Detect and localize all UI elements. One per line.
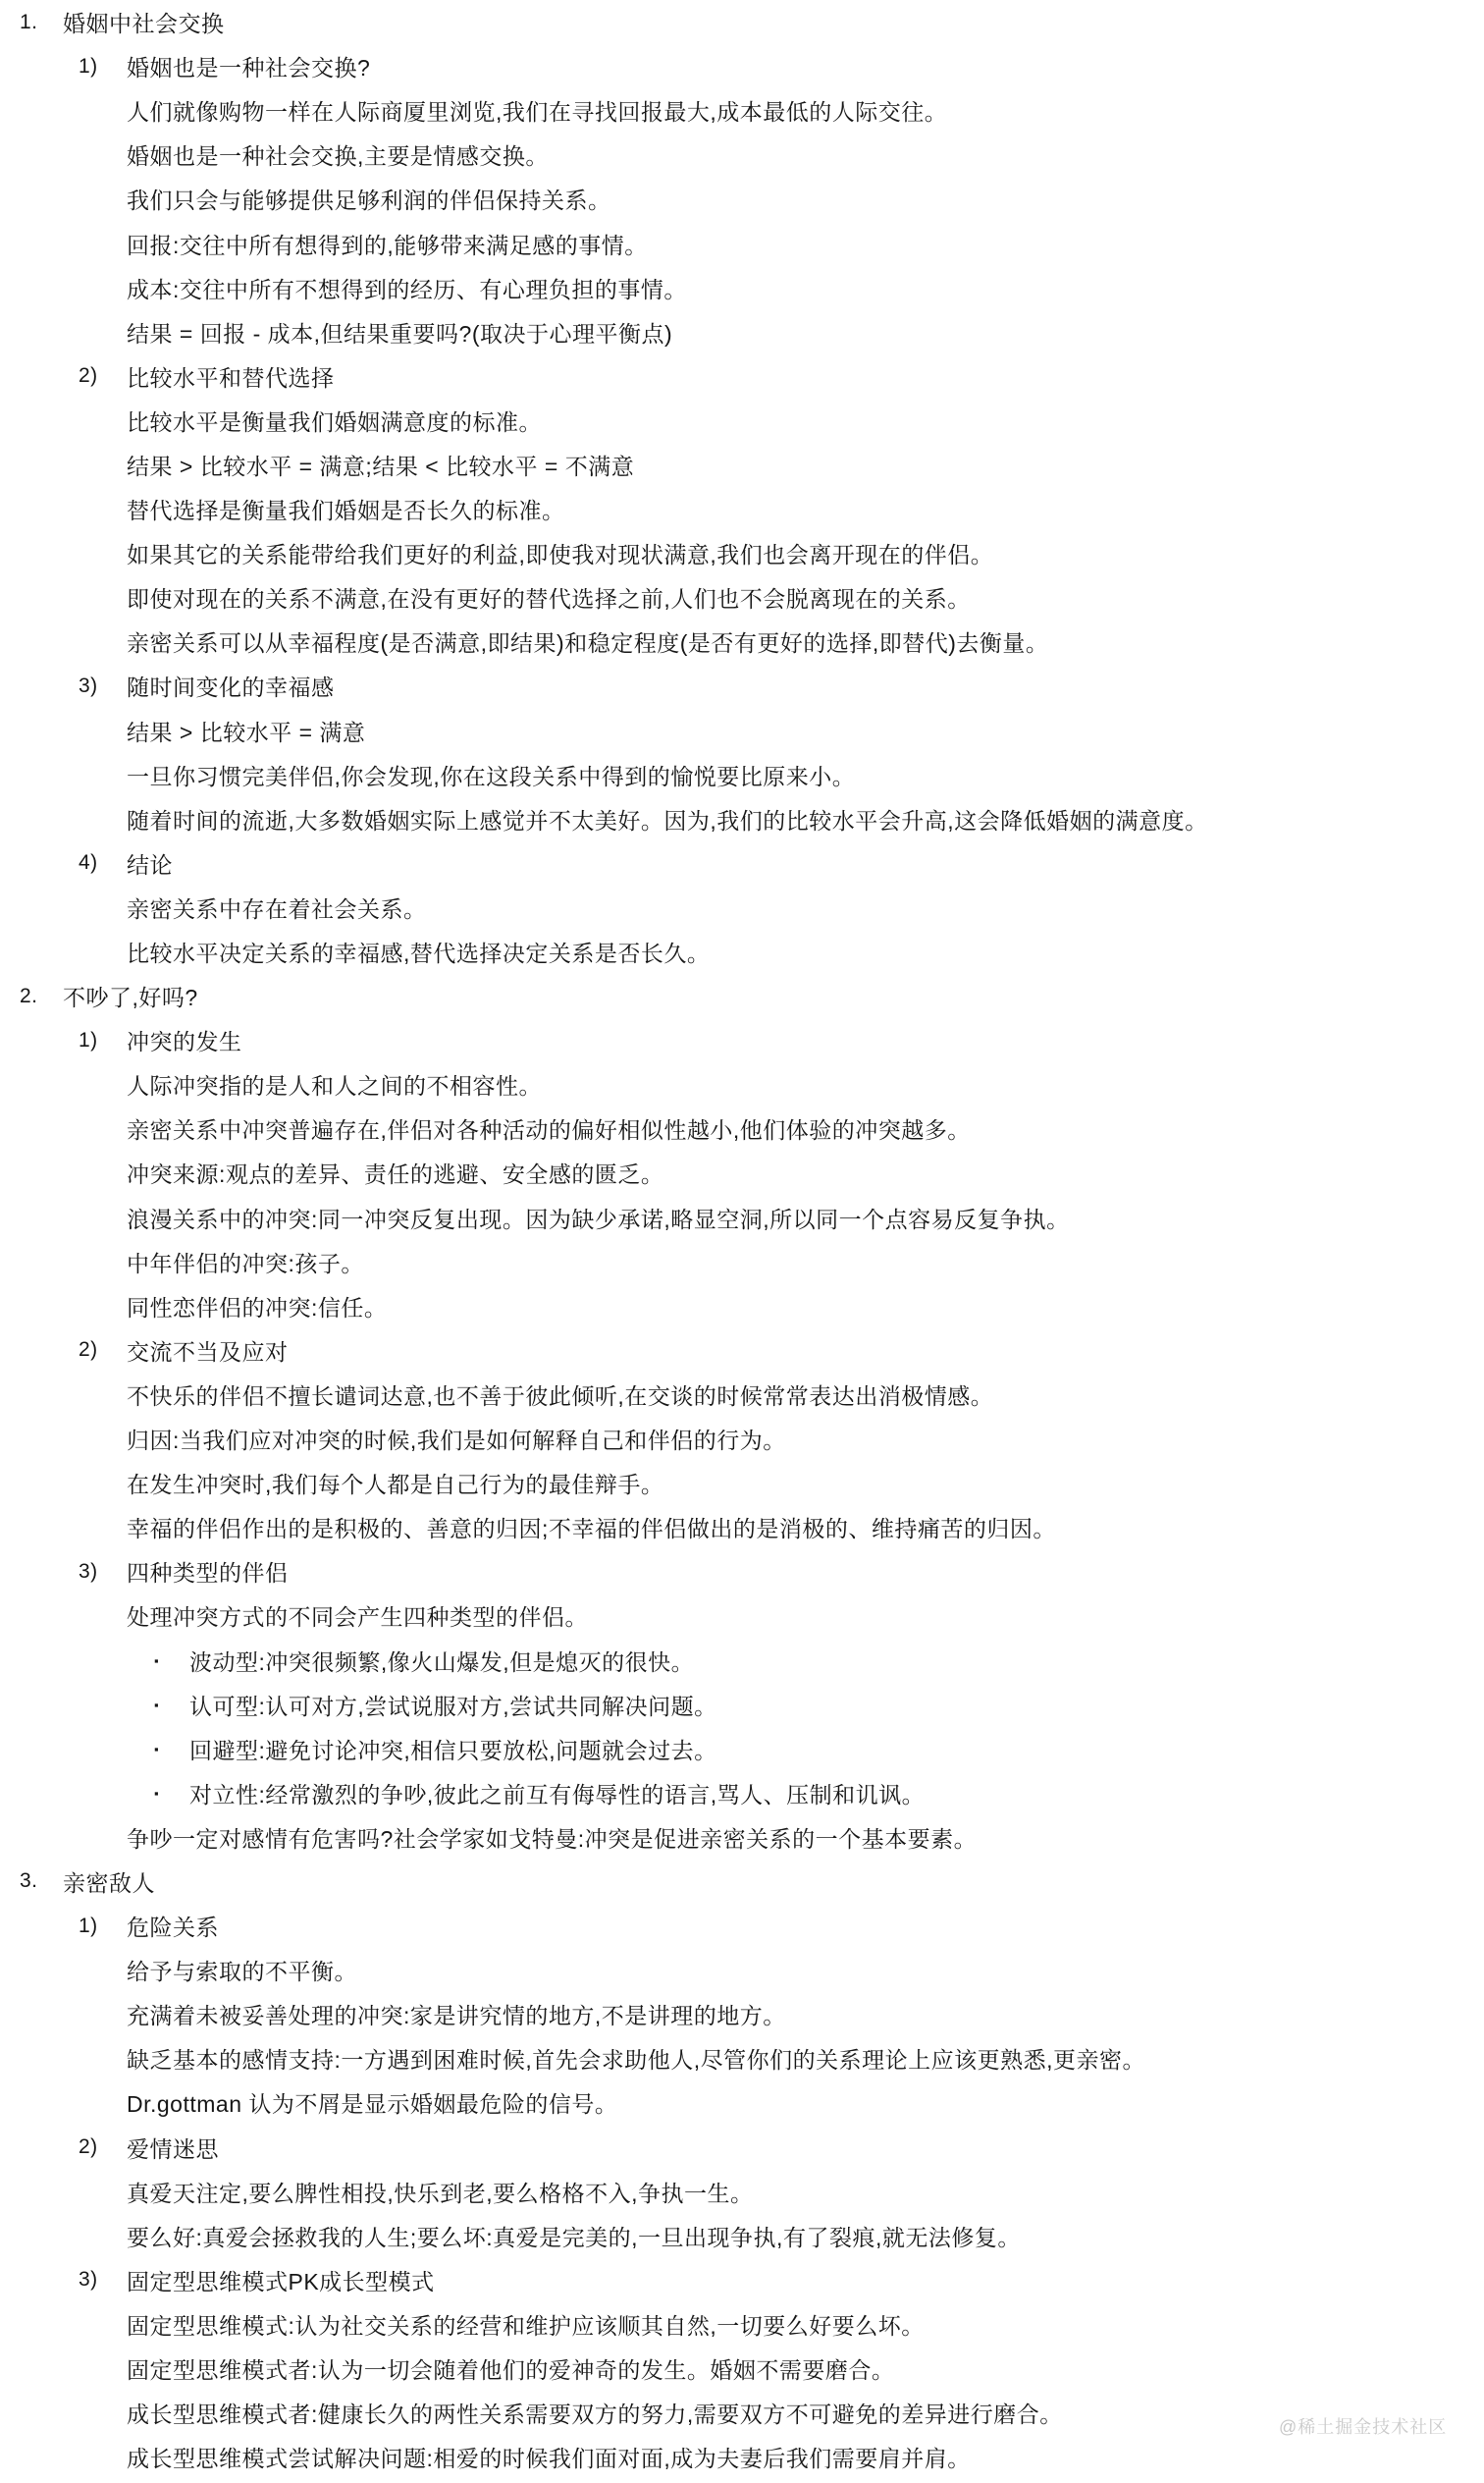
- subsection-title: 危险关系: [127, 1910, 219, 1942]
- paragraph-text: 同性恋伴侣的冲突:信任。: [127, 1290, 387, 1322]
- paragraph-line: 如果其它的关系能带给我们更好的利益,即使我对现状满意,我们也会离开现在的伴侣。: [0, 531, 1484, 575]
- subsection-title: 固定型思维模式PK成长型模式: [127, 2264, 435, 2296]
- section-title: 婚姻中社会交换: [63, 6, 225, 38]
- paragraph-text: Dr.gottman 认为不屑是显示婚姻最危险的信号。: [127, 2086, 617, 2119]
- subsection-title: 结论: [127, 847, 173, 880]
- paragraph-line: 冲突来源:观点的差异、责任的逃避、安全感的匮乏。: [0, 1151, 1484, 1195]
- paragraph-line: 结果 > 比较水平 = 满意;结果 < 比较水平 = 不满意: [0, 443, 1484, 487]
- subsection-number: 3): [79, 2268, 127, 2292]
- subsection-number: 3): [79, 1560, 127, 1584]
- paragraph-text: 成长型思维模式者:健康长久的两性关系需要双方的努力,需要双方不可避免的差异进行磨…: [127, 2397, 1063, 2429]
- bullet-square-icon: ▪: [154, 1743, 189, 1755]
- paragraph-text: 争吵一定对感情有危害吗?社会学家如戈特曼:冲突是促进亲密关系的一个基本要素。: [127, 1821, 977, 1854]
- paragraph-text: 一旦你习惯完美伴侣,你会发现,你在这段关系中得到的愉悦要比原来小。: [127, 759, 855, 791]
- subsection-heading: 3)固定型思维模式PK成长型模式: [0, 2258, 1484, 2302]
- paragraph-text: 人们就像购物一样在人际商厦里浏览,我们在寻找回报最大,成本最低的人际交往。: [127, 94, 947, 127]
- paragraph-text: 浪漫关系中的冲突:同一冲突反复出现。因为缺少承诺,略显空洞,所以同一个点容易反复…: [127, 1202, 1070, 1234]
- paragraph-line: 成长型思维模式尝试解决问题:相爱的时候我们面对面,成为夫妻后我们需要肩并肩。: [0, 2435, 1484, 2479]
- paragraph-text: 给予与索取的不平衡。: [127, 1954, 357, 1986]
- subsection-heading: 2)交流不当及应对: [0, 1328, 1484, 1373]
- paragraph-line: 比较水平是衡量我们婚姻满意度的标准。: [0, 399, 1484, 443]
- section-heading: 2.不吵了,好吗?: [0, 974, 1484, 1018]
- paragraph-text: 亲密关系中冲突普遍存在,伴侣对各种活动的偏好相似性越小,他们体验的冲突越多。: [127, 1112, 971, 1145]
- paragraph-line: Dr.gottman 认为不屑是显示婚姻最危险的信号。: [0, 2080, 1484, 2125]
- subsection-number: 1): [79, 1915, 127, 1938]
- paragraph-text: 幸福的伴侣作出的是积极的、善意的归因;不幸福的伴侣做出的是消极的、维持痛苦的归因…: [127, 1511, 1056, 1543]
- section-number: 3.: [20, 1869, 63, 1893]
- subsection-title: 婚姻也是一种社会交换?: [127, 50, 370, 82]
- bullet-square-icon: ▪: [154, 1654, 189, 1667]
- paragraph-text: 婚姻也是一种社会交换,主要是情感交换。: [127, 138, 549, 171]
- subsection-number: 1): [79, 1029, 127, 1053]
- paragraph-line: 亲密关系中冲突普遍存在,伴侣对各种活动的偏好相似性越小,他们体验的冲突越多。: [0, 1107, 1484, 1151]
- paragraph-text: 在发生冲突时,我们每个人都是自己行为的最佳辩手。: [127, 1467, 663, 1499]
- subsection-number: 2): [79, 364, 127, 388]
- paragraph-line: 充满着未被妥善处理的冲突:家是讲究情的地方,不是讲理的地方。: [0, 1992, 1484, 2036]
- paragraph-line: 浪漫关系中的冲突:同一冲突反复出现。因为缺少承诺,略显空洞,所以同一个点容易反复…: [0, 1196, 1484, 1240]
- subsection-heading: 4)结论: [0, 841, 1484, 886]
- paragraph-text: 要么好:真爱会拯救我的人生;要么坏:真爱是完美的,一旦出现争执,有了裂痕,就无法…: [127, 2220, 1021, 2252]
- section-number: 1.: [20, 11, 63, 34]
- subsection-number: 2): [79, 2135, 127, 2159]
- subsection-heading: 2)比较水平和替代选择: [0, 354, 1484, 399]
- subsection-title: 随时间变化的幸福感: [127, 670, 335, 702]
- paragraph-text: 比较水平是衡量我们婚姻满意度的标准。: [127, 405, 542, 437]
- paragraph-line: 固定型思维模式:认为社交关系的经营和维护应该顺其自然,一切要么好要么坏。: [0, 2302, 1484, 2347]
- subsection-heading: 1)冲突的发生: [0, 1018, 1484, 1062]
- paragraph-text: 我们只会与能够提供足够利润的伴侣保持关系。: [127, 183, 611, 215]
- section-heading: 3.亲密敌人: [0, 1860, 1484, 1904]
- paragraph-text: 真爱天注定,要么脾性相投,快乐到老,要么格格不入,争执一生。: [127, 2176, 754, 2208]
- paragraph-line: 即使对现在的关系不满意,在没有更好的替代选择之前,人们也不会脱离现在的关系。: [0, 575, 1484, 620]
- paragraph-line: 成本:交往中所有不想得到的经历、有心理负担的事情。: [0, 266, 1484, 310]
- section-heading: 1.婚姻中社会交换: [0, 0, 1484, 44]
- bullet-text: 认可型:认可对方,尝试说服对方,尝试共同解决问题。: [189, 1689, 717, 1721]
- paragraph-line: 人们就像购物一样在人际商厦里浏览,我们在寻找回报最大,成本最低的人际交往。: [0, 88, 1484, 133]
- paragraph-line: 人际冲突指的是人和人之间的不相容性。: [0, 1062, 1484, 1107]
- paragraph-text: 处理冲突方式的不同会产生四种类型的伴侣。: [127, 1599, 588, 1632]
- section-title: 不吵了,好吗?: [63, 980, 198, 1012]
- subsection-number: 2): [79, 1338, 127, 1362]
- bullet-text: 对立性:经常激烈的争吵,彼此之前互有侮辱性的语言,骂人、压制和讥讽。: [189, 1777, 925, 1809]
- bullet-text: 回避型:避免讨论冲突,相信只要放松,问题就会过去。: [189, 1733, 717, 1765]
- paragraph-text: 即使对现在的关系不满意,在没有更好的替代选择之前,人们也不会脱离现在的关系。: [127, 581, 971, 614]
- paragraph-text: 亲密关系中存在着社会关系。: [127, 891, 427, 924]
- paragraph-line: 回报:交往中所有想得到的,能够带来满足感的事情。: [0, 221, 1484, 265]
- paragraph-line: 缺乏基本的感情支持:一方遇到困难时候,首先会求助他人,尽管你们的关系理论上应该更…: [0, 2036, 1484, 2080]
- paragraph-text: 结果 > 比较水平 = 满意: [127, 715, 365, 747]
- bullet-square-icon: ▪: [154, 1699, 189, 1711]
- paragraph-line: 成长型思维模式者:健康长久的两性关系需要双方的努力,需要双方不可避免的差异进行磨…: [0, 2391, 1484, 2435]
- paragraph-line: 替代选择是衡量我们婚姻是否长久的标准。: [0, 487, 1484, 531]
- paragraph-line: 随着时间的流逝,大多数婚姻实际上感觉并不太美好。因为,我们的比较水平会升高,这会…: [0, 797, 1484, 841]
- paragraph-text: 归因:当我们应对冲突的时候,我们是如何解释自己和伴侣的行为。: [127, 1423, 786, 1455]
- subsection-title: 四种类型的伴侣: [127, 1555, 289, 1588]
- document-page: 1.婚姻中社会交换1)婚姻也是一种社会交换?人们就像购物一样在人际商厦里浏览,我…: [0, 0, 1484, 2483]
- paragraph-line: 比较水平决定关系的幸福感,替代选择决定关系是否长久。: [0, 930, 1484, 974]
- paragraph-line: 固定型思维模式者:认为一切会随着他们的爱神奇的发生。婚姻不需要磨合。: [0, 2347, 1484, 2391]
- subsection-number: 1): [79, 55, 127, 79]
- subsection-heading: 1)婚姻也是一种社会交换?: [0, 44, 1484, 88]
- subsection-title: 比较水平和替代选择: [127, 360, 335, 393]
- paragraph-line: 争吵一定对感情有危害吗?社会学家如戈特曼:冲突是促进亲密关系的一个基本要素。: [0, 1815, 1484, 1860]
- paragraph-line: 一旦你习惯完美伴侣,你会发现,你在这段关系中得到的愉悦要比原来小。: [0, 753, 1484, 797]
- paragraph-text: 结果 > 比较水平 = 满意;结果 < 比较水平 = 不满意: [127, 449, 634, 481]
- paragraph-text: 冲突来源:观点的差异、责任的逃避、安全感的匮乏。: [127, 1157, 663, 1189]
- paragraph-line: 中年伴侣的冲突:孩子。: [0, 1240, 1484, 1284]
- subsection-number: 3): [79, 675, 127, 698]
- paragraph-text: 亲密关系可以从幸福程度(是否满意,即结果)和稳定程度(是否有更好的选择,即替代)…: [127, 625, 1048, 658]
- bullet-text: 波动型:冲突很频繁,像火山爆发,但是熄灭的很快。: [189, 1645, 694, 1677]
- paragraph-text: 成长型思维模式尝试解决问题:相爱的时候我们面对面,成为夫妻后我们需要肩并肩。: [127, 2441, 971, 2473]
- paragraph-line: 真爱天注定,要么脾性相投,快乐到老,要么格格不入,争执一生。: [0, 2170, 1484, 2214]
- paragraph-text: 结果 = 回报 - 成本,但结果重要吗?(取决于心理平衡点): [127, 316, 672, 349]
- paragraph-line: 亲密关系可以从幸福程度(是否满意,即结果)和稳定程度(是否有更好的选择,即替代)…: [0, 620, 1484, 664]
- paragraph-line: 处理冲突方式的不同会产生四种类型的伴侣。: [0, 1593, 1484, 1638]
- subsection-title: 爱情迷思: [127, 2132, 219, 2164]
- paragraph-line: 不快乐的伴侣不擅长谴词达意,也不善于彼此倾听,在交谈的时候常常表达出消极情感。: [0, 1373, 1484, 1417]
- paragraph-line: 归因:当我们应对冲突的时候,我们是如何解释自己和伴侣的行为。: [0, 1417, 1484, 1461]
- bullet-item: ▪波动型:冲突很频繁,像火山爆发,但是熄灭的很快。: [0, 1638, 1484, 1682]
- paragraph-line: 婚姻也是一种社会交换,主要是情感交换。: [0, 133, 1484, 177]
- paragraph-line: 结果 = 回报 - 成本,但结果重要吗?(取决于心理平衡点): [0, 310, 1484, 354]
- paragraph-line: 结果 > 比较水平 = 满意: [0, 709, 1484, 753]
- paragraph-text: 替代选择是衡量我们婚姻是否长久的标准。: [127, 493, 565, 525]
- bullet-square-icon: ▪: [154, 1787, 189, 1800]
- watermark: @稀土掘金技术社区: [1279, 2413, 1447, 2439]
- paragraph-line: 我们只会与能够提供足够利润的伴侣保持关系。: [0, 177, 1484, 221]
- paragraph-text: 固定型思维模式者:认为一切会随着他们的爱神奇的发生。婚姻不需要磨合。: [127, 2352, 894, 2385]
- section-title: 亲密敌人: [63, 1865, 155, 1898]
- paragraph-line: 亲密关系中存在着社会关系。: [0, 886, 1484, 930]
- bullet-item: ▪认可型:认可对方,尝试说服对方,尝试共同解决问题。: [0, 1683, 1484, 1727]
- paragraph-text: 中年伴侣的冲突:孩子。: [127, 1246, 364, 1278]
- subsection-heading: 3)四种类型的伴侣: [0, 1549, 1484, 1593]
- subsection-heading: 1)危险关系: [0, 1904, 1484, 1948]
- subsection-heading: 2)爱情迷思: [0, 2126, 1484, 2170]
- paragraph-text: 固定型思维模式:认为社交关系的经营和维护应该顺其自然,一切要么好要么坏。: [127, 2308, 925, 2341]
- paragraph-line: 同性恋伴侣的冲突:信任。: [0, 1284, 1484, 1328]
- paragraph-text: 人际冲突指的是人和人之间的不相容性。: [127, 1068, 542, 1101]
- paragraph-line: 要么好:真爱会拯救我的人生;要么坏:真爱是完美的,一旦出现争执,有了裂痕,就无法…: [0, 2214, 1484, 2258]
- paragraph-line: 幸福的伴侣作出的是积极的、善意的归因;不幸福的伴侣做出的是消极的、维持痛苦的归因…: [0, 1505, 1484, 1549]
- paragraph-line: 给予与索取的不平衡。: [0, 1948, 1484, 1992]
- bullet-item: ▪回避型:避免讨论冲突,相信只要放松,问题就会过去。: [0, 1727, 1484, 1771]
- paragraph-text: 回报:交往中所有想得到的,能够带来满足感的事情。: [127, 228, 648, 260]
- paragraph-text: 不快乐的伴侣不擅长谴词达意,也不善于彼此倾听,在交谈的时候常常表达出消极情感。: [127, 1378, 993, 1411]
- subsection-number: 4): [79, 851, 127, 875]
- subsection-title: 交流不当及应对: [127, 1334, 289, 1367]
- paragraph-text: 比较水平决定关系的幸福感,替代选择决定关系是否长久。: [127, 936, 710, 968]
- outline: 1.婚姻中社会交换1)婚姻也是一种社会交换?人们就像购物一样在人际商厦里浏览,我…: [0, 0, 1484, 2479]
- paragraph-line: 在发生冲突时,我们每个人都是自己行为的最佳辩手。: [0, 1461, 1484, 1505]
- section-number: 2.: [20, 985, 63, 1008]
- paragraph-text: 如果其它的关系能带给我们更好的利益,即使我对现状满意,我们也会离开现在的伴侣。: [127, 537, 993, 569]
- paragraph-text: 充满着未被妥善处理的冲突:家是讲究情的地方,不是讲理的地方。: [127, 1998, 786, 2030]
- bullet-item: ▪对立性:经常激烈的争吵,彼此之前互有侮辱性的语言,骂人、压制和讥讽。: [0, 1771, 1484, 1815]
- paragraph-text: 成本:交往中所有不想得到的经历、有心理负担的事情。: [127, 272, 687, 304]
- paragraph-text: 随着时间的流逝,大多数婚姻实际上感觉并不太美好。因为,我们的比较水平会升高,这会…: [127, 803, 1208, 836]
- subsection-title: 冲突的发生: [127, 1024, 242, 1056]
- paragraph-text: 缺乏基本的感情支持:一方遇到困难时候,首先会求助他人,尽管你们的关系理论上应该更…: [127, 2042, 1145, 2075]
- subsection-heading: 3)随时间变化的幸福感: [0, 664, 1484, 708]
